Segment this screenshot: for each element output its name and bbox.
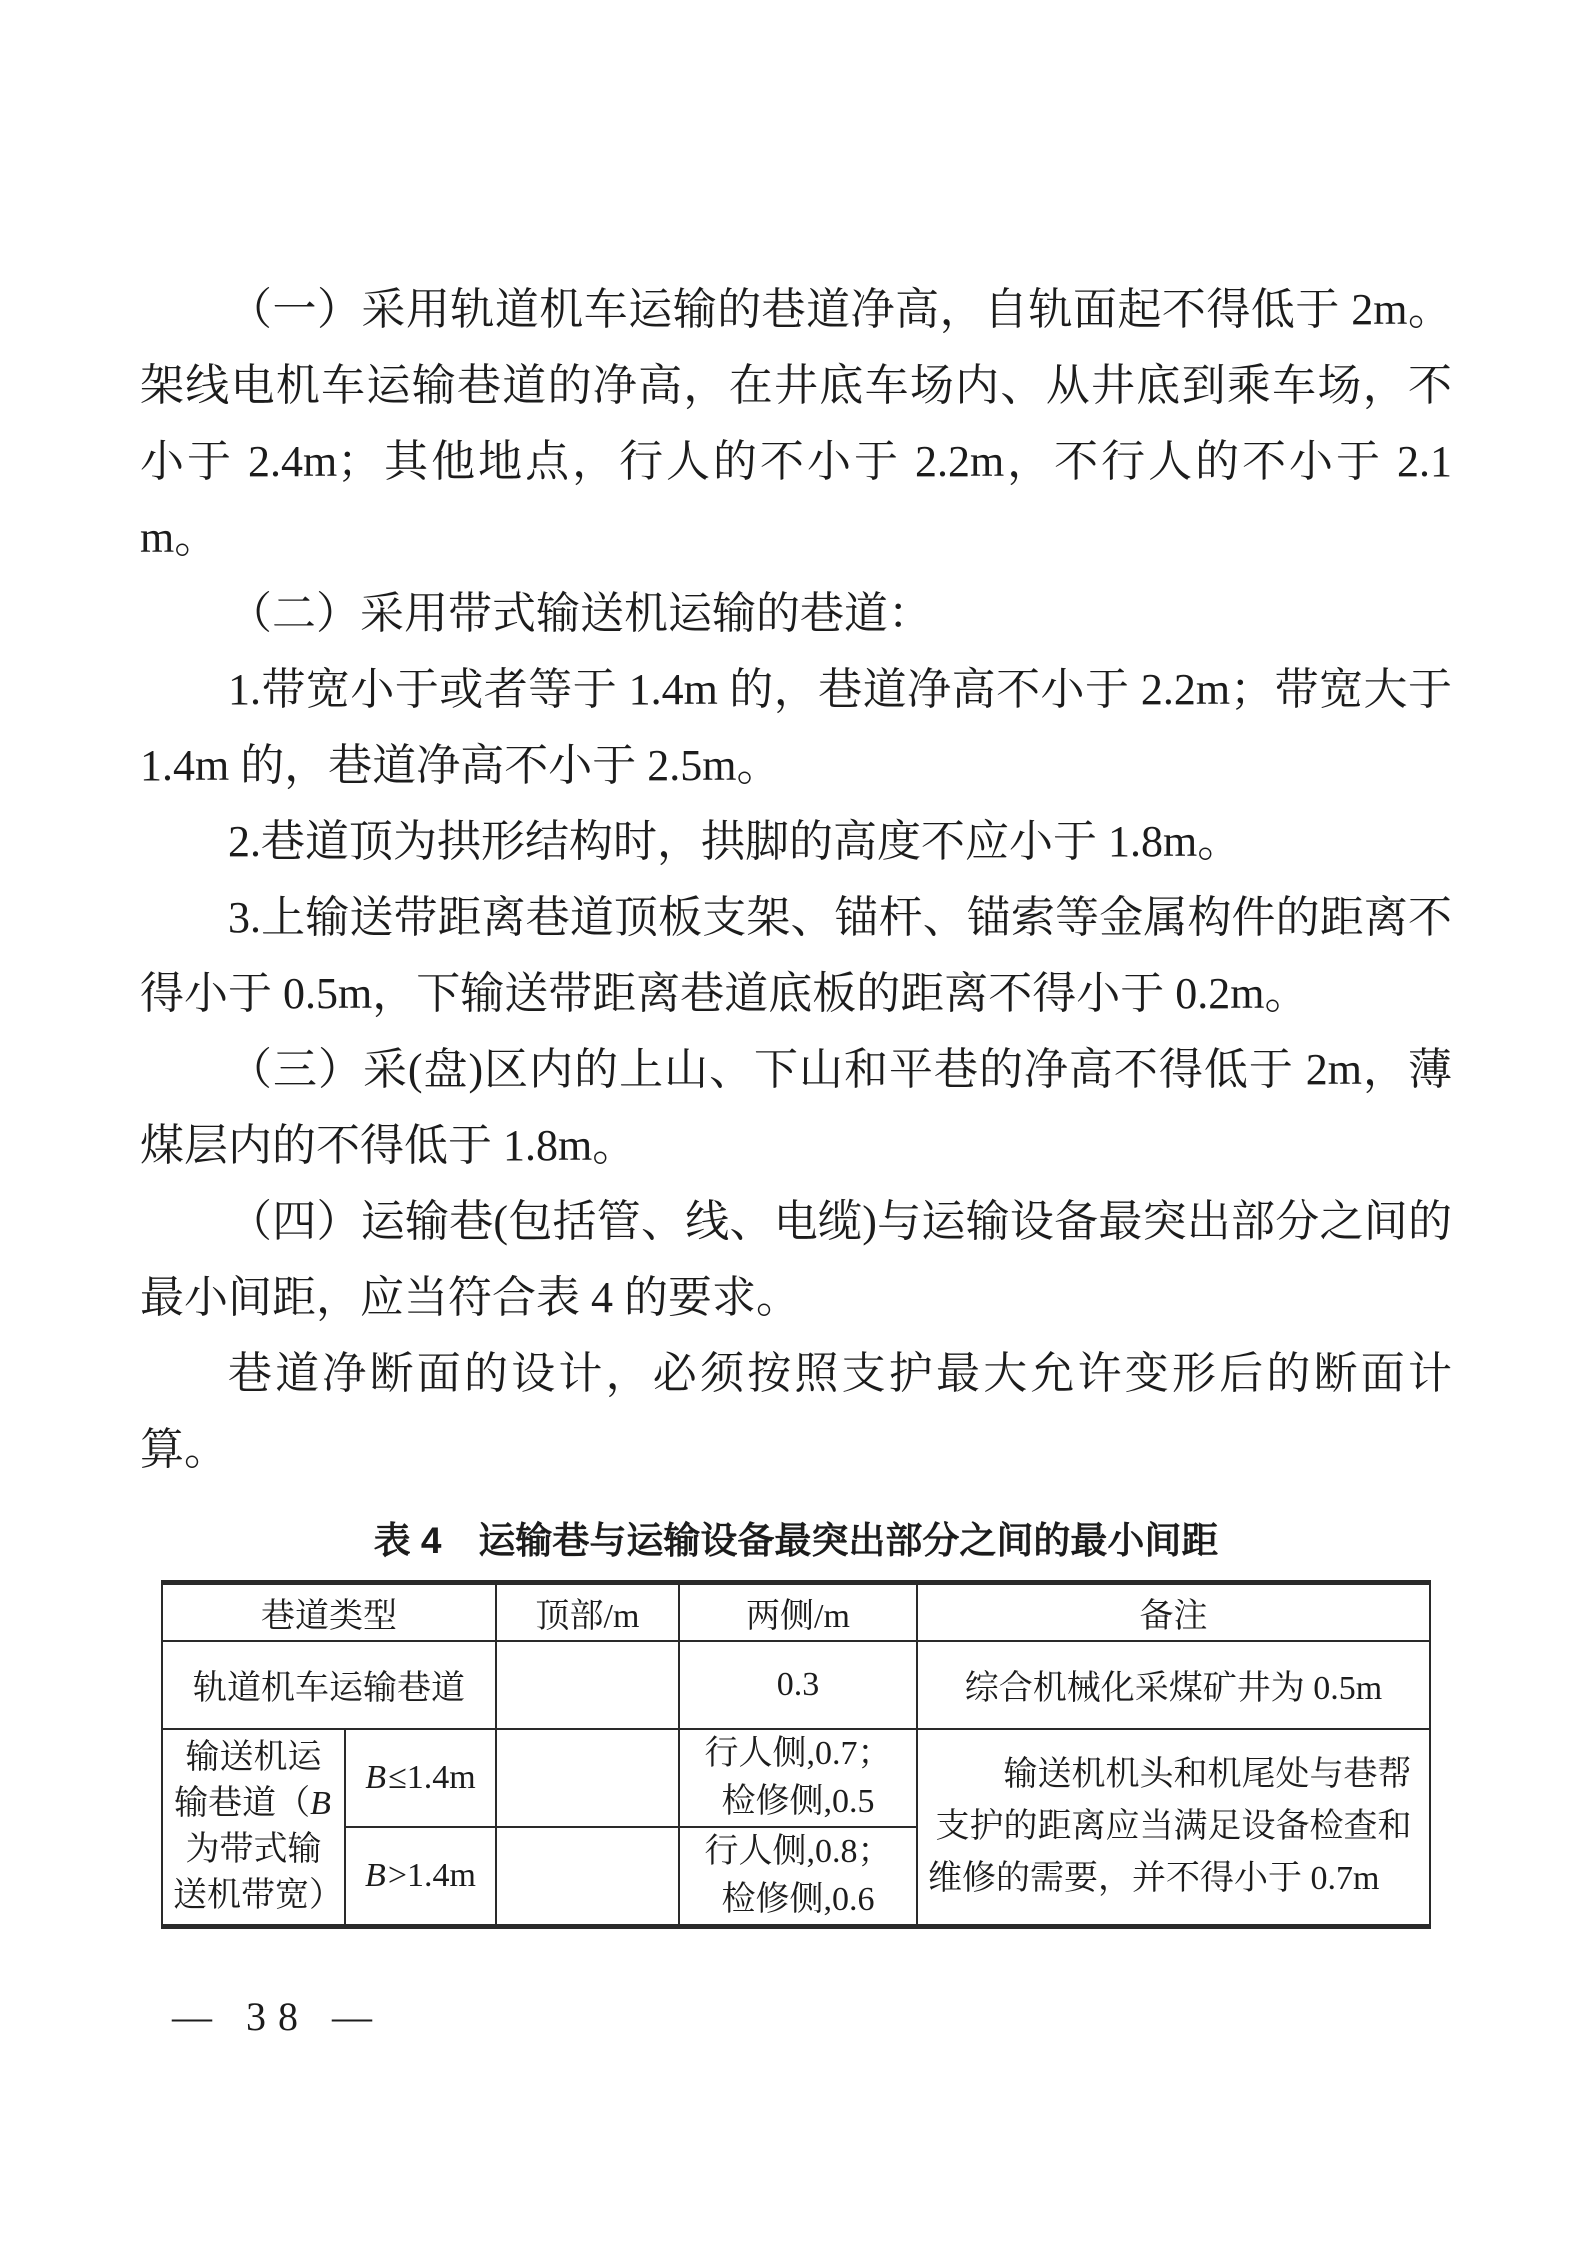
- body-paragraph: 1.带宽小于或者等于 1.4m 的，巷道净高不小于 2.2m；带宽大于 1.4m…: [140, 652, 1452, 804]
- cell-conveyor-note: 输送机机头和机尾处与巷帮支护的距离应当满足设备检查和维修的需要，并不得小于 0.…: [917, 1729, 1430, 1927]
- body-paragraph: （一）采用轨道机车运输的巷道净高，自轨面起不得低于 2m。架线电机车运输巷道的净…: [140, 272, 1452, 576]
- page-number: — 38 —: [172, 1993, 384, 2040]
- cell-rail-sides: 0.3: [679, 1641, 917, 1729]
- table-caption: 表 4 运输巷与运输设备最突出部分之间的最小间距: [140, 1518, 1452, 1564]
- body-paragraph: （三）采(盘)区内的上山、下山和平巷的净高不得低于 2m，薄煤层内的不得低于 1…: [140, 1032, 1452, 1184]
- column-header-top-m: 顶部/m: [496, 1583, 679, 1641]
- column-header-remarks: 备注: [917, 1583, 1430, 1641]
- cell-conveyor2-sides: 行人侧,0.8； 检修侧,0.6: [679, 1827, 917, 1927]
- variable-b: B: [365, 1857, 388, 1894]
- cell-cond-b-le: B≤1.4m: [345, 1729, 496, 1827]
- cell-rail-type: 轨道机车运输巷道: [162, 1641, 496, 1729]
- document-body: （一）采用轨道机车运输的巷道净高，自轨面起不得低于 2m。架线电机车运输巷道的净…: [140, 272, 1452, 1929]
- cell-conveyor1-sides: 行人侧,0.7； 检修侧,0.5: [679, 1729, 917, 1827]
- column-header-sides-m: 两侧/m: [679, 1583, 917, 1641]
- body-paragraph: 2.巷道顶为拱形结构时，拱脚的高度不应小于 1.8m。: [140, 804, 1452, 880]
- cell-conveyor-type: 输送机运输巷道（B 为带式输送机带宽）: [162, 1729, 345, 1927]
- table-row-conveyor-1: 输送机运输巷道（B 为带式输送机带宽） B≤1.4m 行人侧,0.7； 检修侧,…: [162, 1729, 1430, 1827]
- table-header-row: 巷道类型 顶部/m 两侧/m 备注: [162, 1583, 1430, 1641]
- variable-b: B: [365, 1759, 388, 1796]
- cell-cond-b-gt: B>1.4m: [345, 1827, 496, 1927]
- cell-rail-note: 综合机械化采煤矿井为 0.5m: [917, 1641, 1430, 1729]
- document-page: （一）采用轨道机车运输的巷道净高，自轨面起不得低于 2m。架线电机车运输巷道的净…: [0, 0, 1587, 2245]
- table-row-rail: 轨道机车运输巷道 0.3 综合机械化采煤矿井为 0.5m: [162, 1641, 1430, 1729]
- body-paragraph: （二）采用带式输送机运输的巷道：: [140, 576, 1452, 652]
- body-paragraph: （四）运输巷(包括管、线、电缆)与运输设备最突出部分之间的最小间距，应当符合表 …: [140, 1184, 1452, 1336]
- cell-conveyor2-top: [496, 1827, 679, 1927]
- cell-conveyor1-top: [496, 1729, 679, 1827]
- body-paragraph: 3.上输送带距离巷道顶板支架、锚杆、锚索等金属构件的距离不得小于 0.5m，下输…: [140, 880, 1452, 1032]
- cell-rail-top: [496, 1641, 679, 1729]
- variable-b: B: [310, 1785, 333, 1822]
- body-paragraph: 巷道净断面的设计，必须按照支护最大允许变形后的断面计算。: [140, 1336, 1452, 1488]
- spacing-table: 巷道类型 顶部/m 两侧/m 备注 轨道机车运输巷道 0.3 综合机械化采煤矿井…: [161, 1580, 1431, 1929]
- column-header-tunnel-type: 巷道类型: [162, 1583, 496, 1641]
